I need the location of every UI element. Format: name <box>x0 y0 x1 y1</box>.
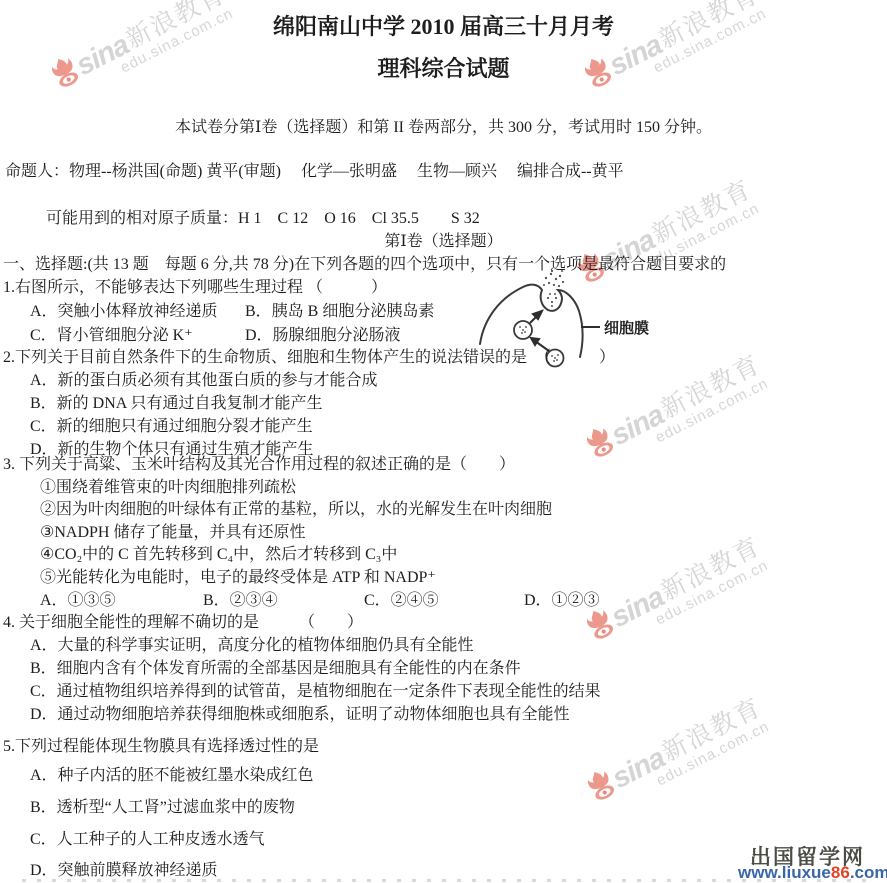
vesicle-movement-arrows <box>530 311 549 351</box>
authors-line: 命题人：物理--杨洪国(命题) 黄平(审题) 化学—张明盛 生物—顾兴 编排合成… <box>5 162 624 181</box>
sina-edu-domain-text: edu.sina.com.cn <box>653 370 782 447</box>
q3-option-b: B．②③④ <box>203 591 278 610</box>
q3-stem: 3. 下列关于高粱、玉米叶结构及其光合作用过程的叙述正确的是（ ） <box>3 455 515 474</box>
atomic-mass-line: 可能用到的相对原子质量：H 1 C 12 O 16 Cl 35.5 S 32 <box>46 209 480 228</box>
sina-flame-icon <box>583 606 618 644</box>
exam-title: 绵阳南山中学 2010 届高三十月月考 <box>0 17 887 36</box>
q4-option-b: B．细胞内含有个体发育所需的全部基因是细胞具有全能性的内在条件 <box>30 659 521 678</box>
q4-stem: 4. 关于细胞全能性的理解不确切的是 （ ） <box>3 613 363 632</box>
q3-item-4: ④CO₂中的 C 首先转移到 C₄中，然后才转移到 C₃中 <box>40 545 397 564</box>
q3-item-2: ②因为叶肉细胞的叶绿体有正常的基粒，所以，水的光解发生在叶肉细胞 <box>40 500 552 519</box>
sina-watermark: sina 新浪教育 edu.sina.com.cn <box>593 432 793 492</box>
q1-stem: 1.右图所示，不能够表达下列哪些生理过程 （ ） <box>3 278 387 297</box>
membrane-label: 细胞膜 <box>604 319 649 337</box>
q4-option-d: D．通过动物细胞培养获得细胞株或细胞系，证明了动物体细胞也具有全能性 <box>30 705 570 724</box>
sina-edu-cn-text: 新浪教育 <box>657 533 766 606</box>
q5-option-d: D．突触前膜释放神经递质 <box>30 861 218 880</box>
q3-item-3: ③NADPH 储存了能量，并具有还原性 <box>40 523 305 542</box>
secretory-vesicle <box>514 321 532 339</box>
q2-stem: 2.下列关于目前自然条件下的生命物质、细胞和生物体产生的说法错误的是 （ ） <box>3 348 615 367</box>
q3-item-5: ⑤光能转化为电能时，电子的最终受体是 ATP 和 NADP⁺ <box>40 568 436 587</box>
sina-edu-domain-text: edu.sina.com.cn <box>653 552 782 629</box>
q5-stem: 5.下列过程能体现生物膜具有选择透过性的是 <box>3 737 319 756</box>
q5-option-a: A．种子内活的胚不能被红墨水染成红色 <box>30 766 314 785</box>
q4-option-a: A．大量的科学事实证明，高度分化的植物体细胞仍具有全能性 <box>30 636 474 655</box>
cropped-next-line-artifact <box>22 879 867 882</box>
q2-option-c: C．新的细胞只有通过细胞分裂才能产生 <box>30 417 313 436</box>
exam-subtitle: 理科综合试题 <box>0 59 887 78</box>
q3-option-a: A．①③⑤ <box>40 591 116 610</box>
q3-option-d: D．①②③ <box>524 591 600 610</box>
q5-option-c: C．人工种子的人工种皮透水透气 <box>30 830 265 849</box>
sina-edu-cn-text: 新浪教育 <box>657 351 766 424</box>
q3-option-c: C．②④⑤ <box>364 591 439 610</box>
sina-logo-text: sina <box>609 745 669 793</box>
q5-option-b: B．透析型“人工肾”过滤血浆中的废物 <box>30 798 295 817</box>
sina-logo-text: sina <box>608 402 668 450</box>
sina-flame-icon <box>584 767 619 805</box>
q4-option-c: C．通过植物组织培养得到的试管苗，是植物细胞在一定条件下表现全能性的结果 <box>30 682 601 701</box>
sina-watermark: sina 新浪教育 edu.sina.com.cn <box>594 775 794 835</box>
sina-watermark: sina 新浪教育 edu.sina.com.cn <box>593 614 793 674</box>
exam-document-page: sina 新浪教育 edu.sina.com.cn sina 新浪教育 edu.… <box>0 0 887 883</box>
q1-option-a: A．突触小体释放神经递质 <box>30 302 218 321</box>
q2-option-a: A．新的蛋白质必须有其他蛋白质的参与才能合成 <box>30 371 378 390</box>
sina-edu-domain-text: edu.sina.com.cn <box>654 713 783 790</box>
q2-option-b: B．新的 DNA 只有通过自我复制才能产生 <box>30 394 322 413</box>
q3-item-1: ①围绕着维管束的叶肉细胞排列疏松 <box>40 478 296 497</box>
section-heading: 第Ⅰ卷（选择题） <box>0 232 887 251</box>
q1-option-c: C．肾小管细胞分泌 K⁺ <box>30 326 193 345</box>
q1-option-d: D．肠腺细胞分泌肠液 <box>245 326 401 345</box>
exam-intro: 本试卷分第Ⅰ卷（选择题）和第 II 卷两部分，共 300 分，考试用时 150 … <box>0 118 887 137</box>
sina-edu-cn-text: 新浪教育 <box>658 694 767 767</box>
sina-logo-text: sina <box>608 584 668 632</box>
sina-flame-icon <box>583 424 618 462</box>
q1-option-b: B．胰岛 B 细胞分泌胰岛素 <box>245 302 434 321</box>
